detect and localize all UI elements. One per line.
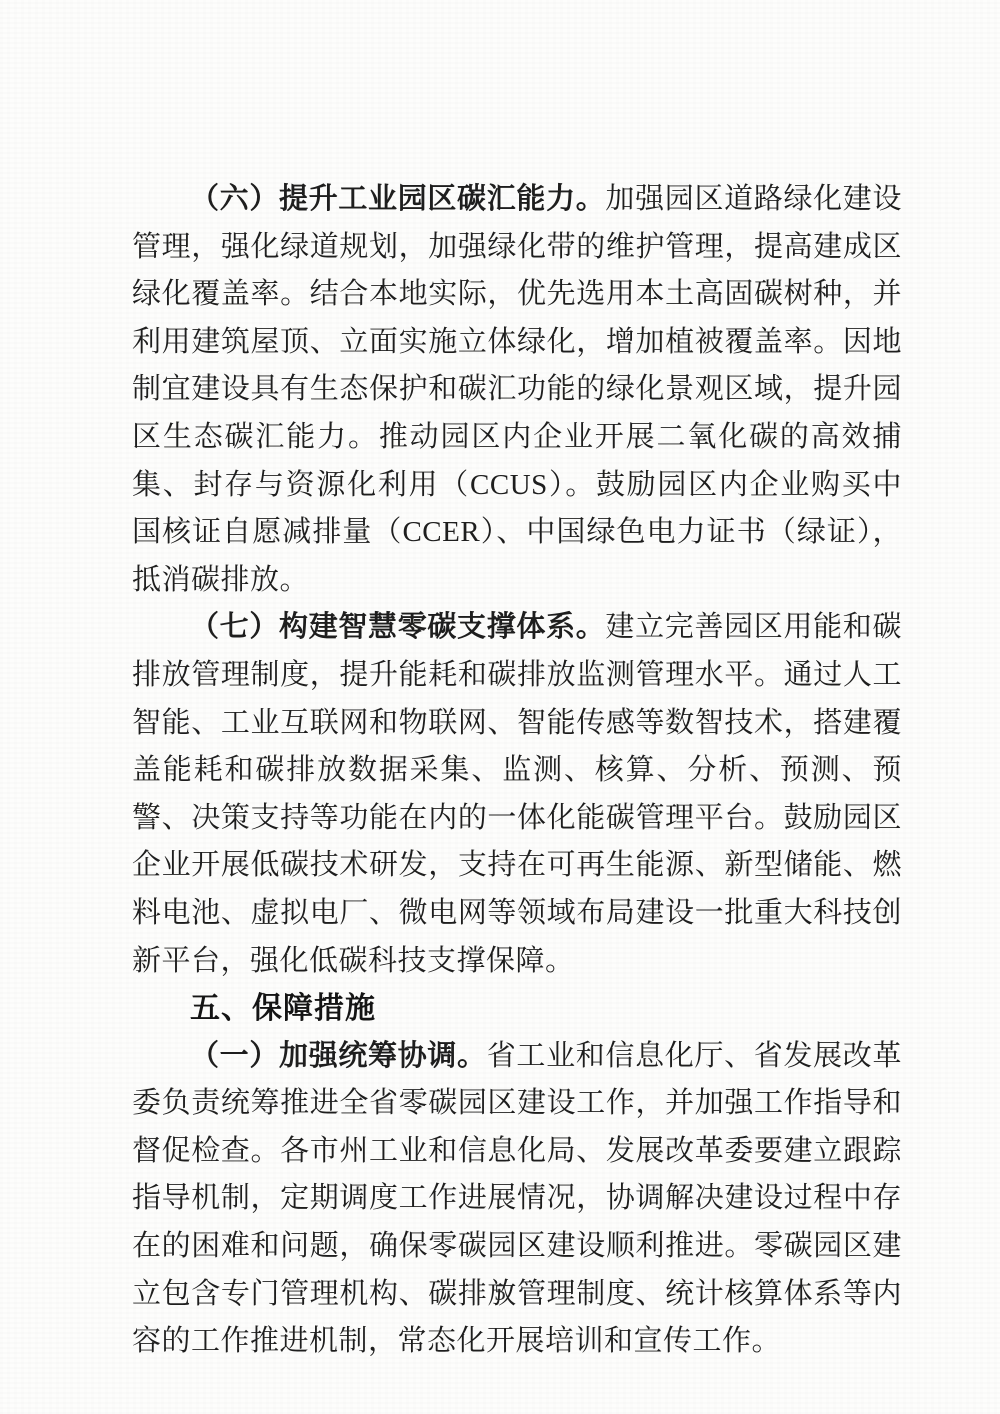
paragraph-seven: （七）构建智慧零碳支撑体系。建立完善园区用能和碳排放管理制度，提升能耗和碳排放监… (132, 604, 902, 985)
paragraph-seven-body: 建立完善园区用能和碳排放管理制度，提升能耗和碳排放监测管理水平。通过人工智能、工… (132, 611, 902, 976)
paragraph-one: （一）加强统筹协调。省工业和信息化厅、省发展改革委负责统筹推进全省零碳园区建设工… (132, 1033, 902, 1366)
paragraph-one-body: 省工业和信息化厅、省发展改革委负责统筹推进全省零碳园区建设工作，并加强工作指导和… (132, 1040, 902, 1358)
page-number: 5 (0, 1280, 1000, 1306)
paragraph-one-lead: （一）加强统筹协调。 (190, 1040, 487, 1072)
section-five-heading: 五、保障措施 (132, 985, 902, 1033)
paragraph-six: （六）提升工业园区碳汇能力。加强园区道路绿化建设管理，强化绿道规划，加强绿化带的… (132, 176, 902, 604)
document-page: （六）提升工业园区碳汇能力。加强园区道路绿化建设管理，强化绿道规划，加强绿化带的… (0, 0, 1000, 1414)
paragraph-six-body: 加强园区道路绿化建设管理，强化绿道规划，加强绿化带的维护管理，提高建成区绿化覆盖… (132, 183, 902, 596)
paragraph-seven-lead: （七）构建智慧零碳支撑体系。 (190, 611, 605, 643)
document-content: （六）提升工业园区碳汇能力。加强园区道路绿化建设管理，强化绿道规划，加强绿化带的… (132, 176, 902, 1366)
paragraph-six-lead: （六）提升工业园区碳汇能力。 (190, 183, 605, 215)
